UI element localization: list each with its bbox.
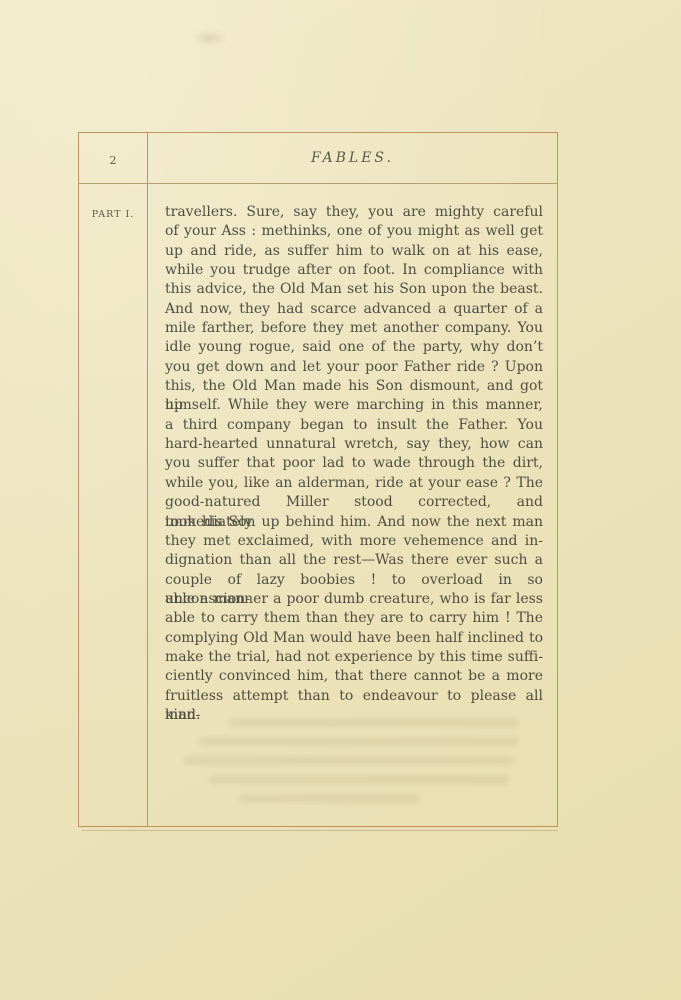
text-line: himself. While they were marching in thi… [165,396,543,415]
text-line: complying Old Man would have been half i… [165,629,543,648]
page-showthrough-artifact [199,737,519,746]
text-line: while you, like an alderman, ride at you… [165,474,543,493]
text-line: a third company began to insult the Fath… [165,416,543,435]
column-divider [147,133,148,826]
text-line: this, the Old Man made his Son dismount,… [165,377,543,396]
part-label: PART I. [79,209,147,220]
text-line: they met exclaimed, with more vehemence … [165,532,543,551]
page-showthrough-artifact [239,794,419,803]
scanned-book-page: 2 FABLES. PART I. travellers. Sure, say … [0,0,681,1000]
text-line: while you trudge after on foot. In compl… [165,261,543,280]
text-line: you get down and let your poor Father ri… [165,358,543,377]
page-showthrough-artifact [184,756,514,765]
page-number: 2 [79,154,147,167]
frame-bottom-echo-line [82,830,558,831]
body-text: travellers. Sure, say they, you are migh… [165,203,543,725]
text-line: of your Ass : methinks, one of you might… [165,222,543,241]
text-line: couple of lazy boobies ! to overload in … [165,571,543,590]
page-frame: 2 FABLES. PART I. travellers. Sure, say … [78,132,558,827]
text-line: travellers. Sure, say they, you are migh… [165,203,543,222]
text-line: idle young rogue, said one of the party,… [165,338,543,357]
text-line: fruitless attempt than to endeavour to p… [165,687,543,706]
text-line: ciently convinced him, that there cannot… [165,667,543,686]
scan-smudge [188,28,232,48]
text-line: make the trial, had not experience by th… [165,648,543,667]
text-line: able a manner a poor dumb creature, who … [165,590,543,609]
page-showthrough-artifact [209,775,509,784]
header-rule [79,183,557,184]
text-line: hard-hearted unnatural wretch, say they,… [165,435,543,454]
text-line: took his Son up behind him. And now the … [165,513,543,532]
running-title: FABLES. [148,150,557,166]
text-line: good-natured Miller stood corrected, and… [165,493,543,512]
text-line: And now, they had scarce advanced a quar… [165,300,543,319]
text-line: mile farther, before they met another co… [165,319,543,338]
text-line: you suffer that poor lad to wade through… [165,454,543,473]
text-line: up and ride, as suffer him to walk on at… [165,242,543,261]
page-showthrough-artifact [229,718,519,727]
text-line: able to carry them than they are to carr… [165,609,543,628]
text-line: dignation than all the rest—Was there ev… [165,551,543,570]
text-line: this advice, the Old Man set his Son upo… [165,280,543,299]
